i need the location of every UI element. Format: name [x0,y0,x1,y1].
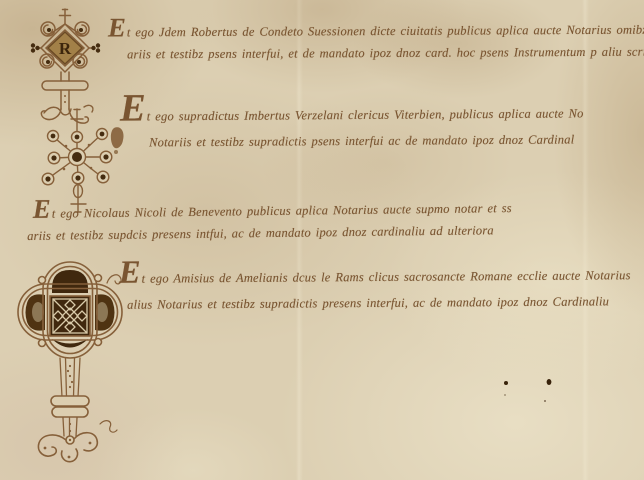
attestation-line: alius Notarius et testibz supradictis pr… [127,291,631,315]
lattice-square [53,299,87,333]
rosette-filler-dots [63,144,93,171]
rosette-dots [42,129,112,185]
attestation-robertus: Et ego Jdem Robertus de Condeto Suession… [108,20,644,65]
seal-letter: R [59,39,72,58]
attestation-line: Notariis et testibz supradictis psens in… [149,129,584,152]
attestation-amisius: Et ego Amisius de Amelianis dcus le Rams… [119,265,631,315]
attestation-nicolaus: Et ego Nicolaus Nicoli de Benevento publ… [27,198,512,246]
foot-dots [44,442,92,459]
ink-specks [504,379,551,402]
manuscript-page: R [0,0,644,480]
star-rosette-mark [42,105,123,212]
attestation-line: Et ego Jdem Robertus de Condeto Suession… [108,20,644,43]
interlaced-key-mark [18,262,122,462]
attestation-line: ariis et testibz supdcis presens intfui,… [27,220,512,246]
stem-dots [67,365,73,388]
seal-trefoil-tips [31,43,100,52]
diamond-seal-mark: R [31,9,100,123]
attestation-line: ariis et testibz psens interfui, et de m… [127,42,644,65]
attestation-line: Et ego supradictus Imbertus Verzelani cl… [120,103,584,126]
seal-roundels [40,22,89,68]
attestation-imbertus: Et ego supradictus Imbertus Verzelani cl… [120,103,584,152]
attestation-line: Et ego Amisius de Amelianis dcus le Rams… [119,265,631,289]
